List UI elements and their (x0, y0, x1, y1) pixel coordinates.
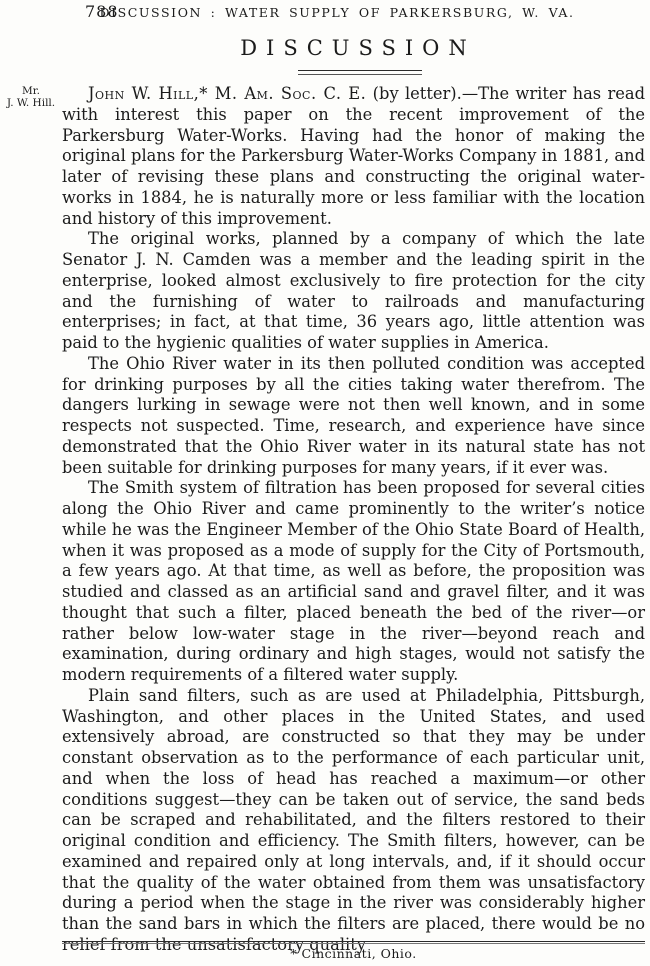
title-rule (298, 70, 422, 75)
section-title: DISCUSSION (62, 36, 645, 60)
paragraph-1-text: (by letter).—The writer has read with in… (62, 84, 645, 228)
running-head: 788 DISCUSSION : WATER SUPPLY OF PARKERS… (0, 2, 650, 24)
margin-note-line1: Mr. (2, 86, 60, 98)
paragraph-4: The Smith system of filtration has been … (62, 478, 645, 686)
margin-note: Mr. J. W. Hill. (2, 86, 60, 109)
paragraph-3: The Ohio River water in its then pollute… (62, 354, 645, 479)
paragraph-5: Plain sand filters, such as are used at … (62, 686, 645, 956)
footnote-rule (62, 941, 645, 944)
book-page: 788 DISCUSSION : WATER SUPPLY OF PARKERS… (0, 0, 650, 966)
footnote: * Cincinnati, Ohio. (62, 946, 645, 961)
paragraph-1: John W. Hill,* M. Am. Soc. C. E. (by let… (62, 84, 645, 229)
paragraph-2: The original works, planned by a company… (62, 229, 645, 354)
body-text: John W. Hill,* M. Am. Soc. C. E. (by let… (62, 84, 645, 956)
running-header-title: DISCUSSION : WATER SUPPLY OF PARKERSBURG… (30, 5, 644, 20)
margin-note-line2: J. W. Hill. (2, 98, 60, 110)
speaker-name: John W. Hill,* M. Am. Soc. C. E. (88, 84, 366, 103)
footnote-block: * Cincinnati, Ohio. (62, 941, 645, 961)
